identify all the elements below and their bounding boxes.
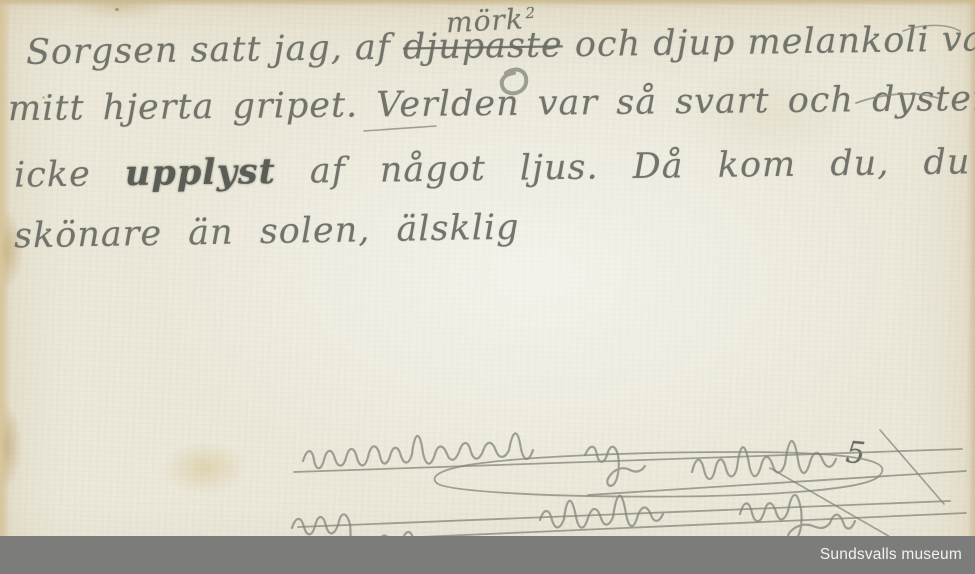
scanned-handwritten-note: Sorgsen satt jag, af djupaste och djup m… bbox=[0, 0, 975, 574]
margin-digit: 5 bbox=[844, 435, 868, 472]
inserted-word-above-line-1: mörk2 bbox=[445, 2, 537, 40]
crossed-out-handwriting-b2 bbox=[540, 496, 663, 528]
stroke-after-verlden bbox=[364, 126, 436, 131]
crossed-out-handwriting-b3 bbox=[740, 495, 855, 541]
diagonal-stroke-2 bbox=[880, 430, 944, 504]
line3-after: af något ljus. Då kom du, du bbox=[275, 142, 970, 192]
line3-smudged-word: upplyst bbox=[125, 151, 276, 194]
line3-before: icke bbox=[14, 154, 125, 196]
handwritten-line-3: icke upplyst af något ljus. Då kom du, d… bbox=[14, 141, 971, 195]
paper-speck bbox=[115, 8, 119, 11]
handwritten-line-4: skönare än solen, älsklig bbox=[14, 208, 520, 257]
note-paper: Sorgsen satt jag, af djupaste och djup m… bbox=[0, 0, 975, 574]
handwritten-line-2: mitt hjerta gripet. Verlden var så svart… bbox=[8, 79, 975, 129]
crossed-out-handwriting-a2 bbox=[585, 447, 645, 486]
line1-after: och djup melankoli var bbox=[562, 19, 975, 65]
strike-line-b2 bbox=[420, 513, 966, 537]
paper-edge-left bbox=[0, 0, 10, 574]
crossed-out-handwriting-a3 bbox=[692, 441, 836, 479]
insertion-mark: 2 bbox=[525, 3, 536, 22]
strike-loop-oval bbox=[435, 452, 883, 497]
crossed-out-handwriting-a1 bbox=[303, 433, 533, 468]
line1-before: Sorgsen satt jag, af bbox=[26, 28, 403, 73]
strike-line-b1 bbox=[298, 501, 950, 527]
diagonal-stroke-1 bbox=[770, 468, 906, 546]
insertion-word: mörk bbox=[445, 2, 524, 39]
museum-credit: Sundsvalls museum bbox=[820, 546, 962, 564]
strike-long-line-2 bbox=[588, 471, 966, 495]
image-credit-bar: Sundsvalls museum bbox=[0, 536, 975, 574]
